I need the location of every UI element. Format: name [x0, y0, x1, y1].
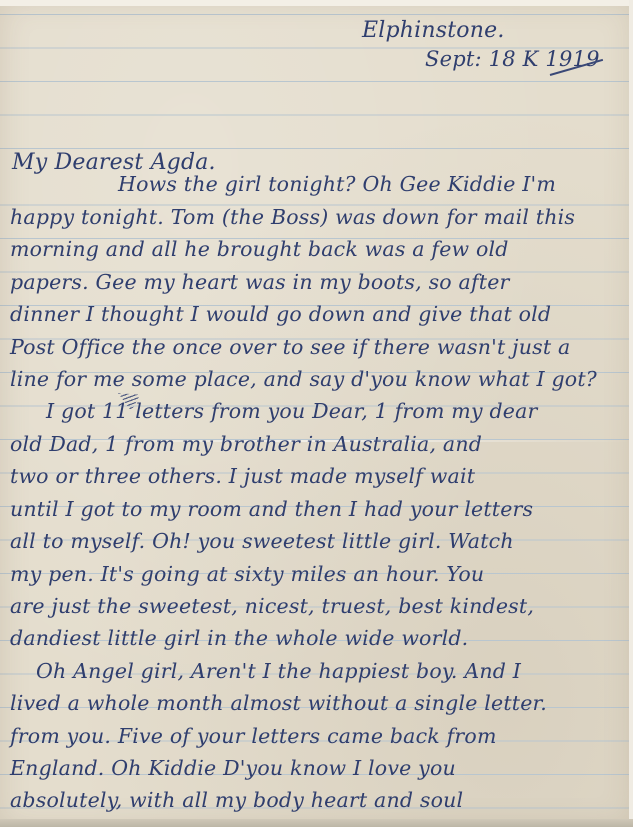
letter-line: happy tonight. Tom (the Boss) was down f… — [10, 205, 575, 229]
letter-line: I got 11 letters from you Dear, 1 from m… — [46, 399, 538, 423]
letter-line: Hows the girl tonight? Oh Gee Kiddie I'm — [118, 172, 556, 196]
letter-place: Elphinstone. — [362, 18, 505, 43]
letter-page: Elphinstone. Sept: 18 K 1919 My Dearest … — [0, 0, 633, 827]
letter-line: morning and all he brought back was a fe… — [10, 237, 509, 261]
letter-line: until I got to my room and then I had yo… — [10, 497, 533, 521]
paper-top-edge — [0, 0, 633, 6]
letter-line: lived a whole month almost without a sin… — [10, 691, 547, 715]
letter-line: Oh Angel girl, Aren't I the happiest boy… — [36, 659, 521, 683]
letter-line: dandiest little girl in the whole wide w… — [10, 626, 468, 650]
letter-line: line for me some place, and say d'you kn… — [10, 367, 597, 391]
letter-line: my pen. It's going at sixty miles an hou… — [10, 562, 484, 586]
letter-line: all to myself. Oh! you sweetest little g… — [10, 529, 514, 553]
paper-bottom-edge — [0, 819, 633, 827]
letter-line: two or three others. I just made myself … — [10, 464, 475, 488]
letter-line: papers. Gee my heart was in my boots, so… — [10, 270, 510, 294]
letter-line: dinner I thought I would go down and giv… — [10, 302, 551, 326]
letter-line: from you. Five of your letters came back… — [10, 724, 497, 748]
letter-line: absolutely, with all my body heart and s… — [10, 788, 463, 812]
letter-line: old Dad, 1 from my brother in Australia,… — [10, 432, 482, 456]
letter-line: are just the sweetest, nicest, truest, b… — [10, 594, 534, 618]
letter-line: Post Office the once over to see if ther… — [10, 335, 570, 359]
letter-line: England. Oh Kiddie D'you know I love you — [10, 756, 456, 780]
paper-right-edge — [629, 0, 633, 827]
